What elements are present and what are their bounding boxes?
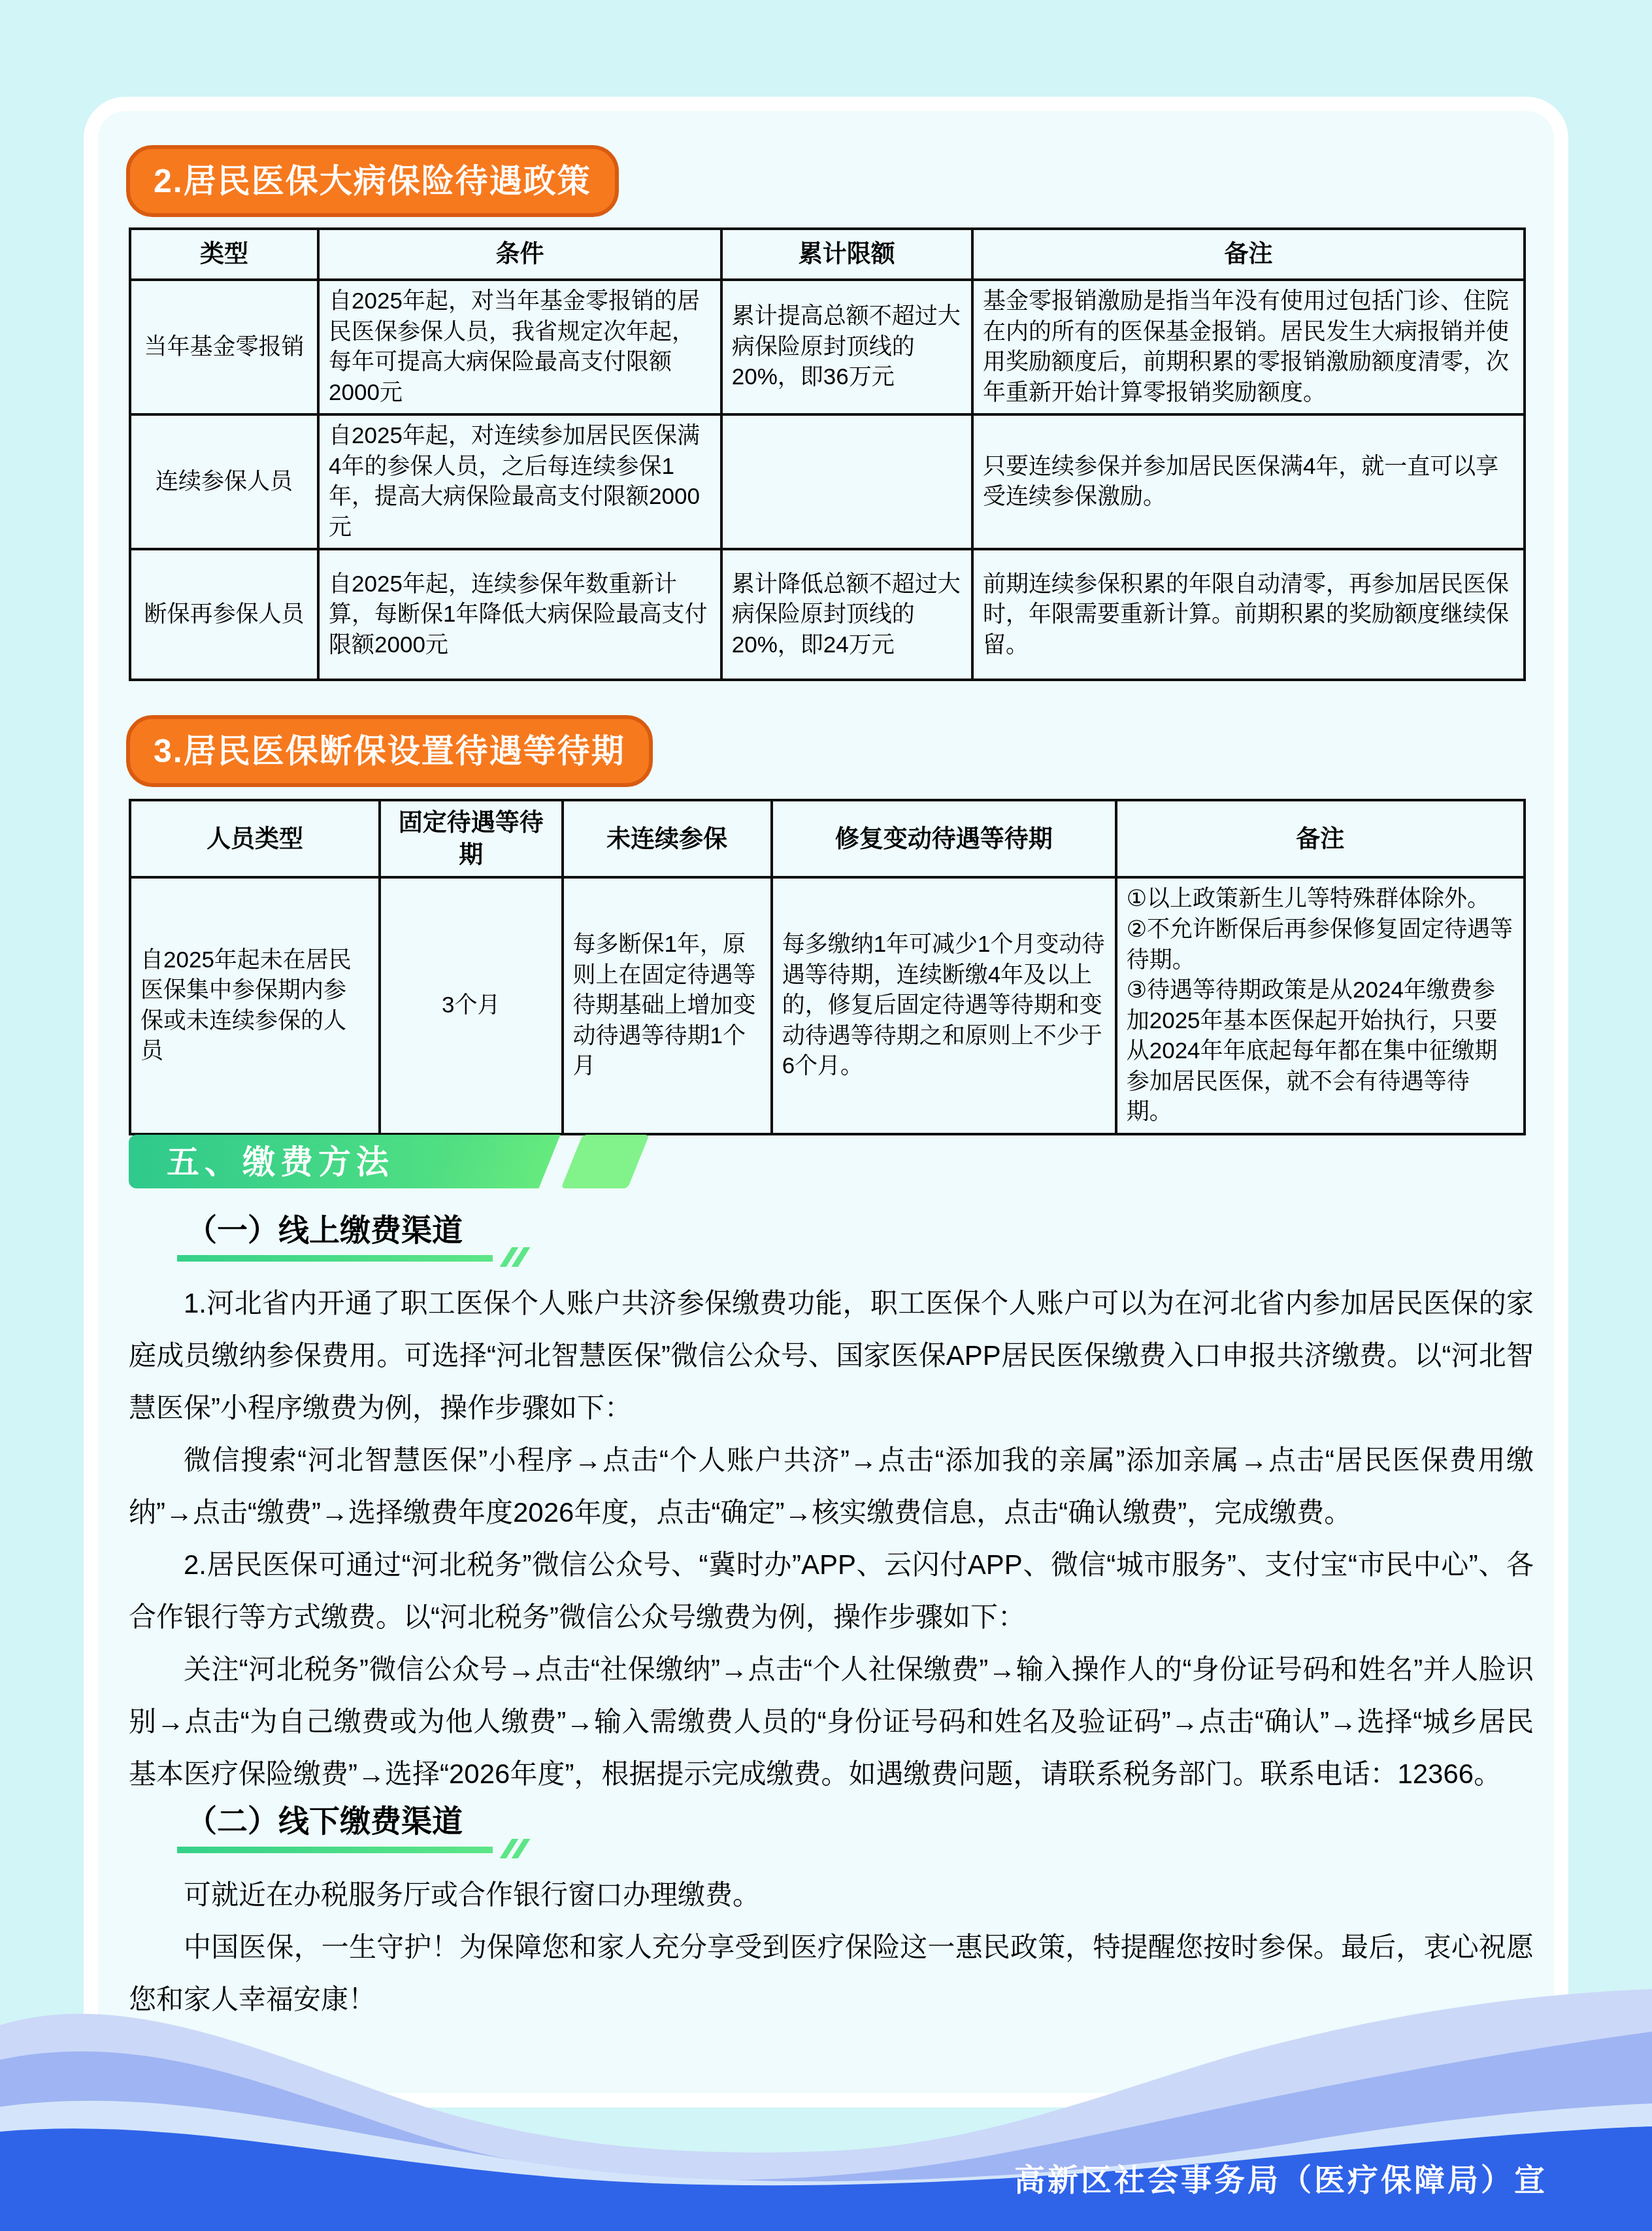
cell-person-type: 自2025年起未在居民医保集中参保期内参保或未连续参保的人员 <box>130 877 380 1133</box>
col-header-remark: 备注 <box>1116 800 1525 877</box>
col-header-not-continuous: 未连续参保 <box>563 800 772 877</box>
paragraph-offline: 可就近在办税服务厅或合作银行窗口办理缴费。 <box>129 1869 1534 1921</box>
subsection-1-online-channels: （一）线上缴费渠道 <box>186 1212 463 1262</box>
paragraph-tax-channels: 2.居民医保可通过“河北税务”微信公众号、“冀时办”APP、云闪付APP、微信“… <box>129 1539 1534 1643</box>
cell-condition: 自2025年起，对当年基金零报销的居民医保参保人员，我省规定次年起，每年可提高大… <box>318 280 721 414</box>
section-2-badge: 2.居民医保大病保险待遇政策 <box>126 145 619 217</box>
col-header-limit: 累计限额 <box>721 229 972 280</box>
col-header-condition: 条件 <box>318 229 721 280</box>
section-2-table: 类型 条件 累计限额 备注 当年基金零报销 自2025年起，对当年基金零报销的居… <box>129 227 1526 681</box>
table-row: 当年基金零报销 自2025年起，对当年基金零报销的居民医保参保人员，我省规定次年… <box>130 280 1525 414</box>
cell-limit: 累计提高总额不超过大病保险原封顶线的20%，即36万元 <box>721 280 972 414</box>
cell-fixed-wait: 3个月 <box>380 877 563 1133</box>
green-underline <box>177 1255 493 1262</box>
table-row: 连续参保人员 自2025年起，对连续参加居民医保满4年的参保人员，之后每连续参保… <box>130 414 1525 549</box>
col-header-repair-wait: 修复变动待遇等待期 <box>772 800 1116 877</box>
cell-type: 断保再参保人员 <box>130 549 318 680</box>
section-3-table: 人员类型 固定待遇等待期 未连续参保 修复变动待遇等待期 备注 自2025年起未… <box>129 799 1526 1135</box>
cell-remark: ①以上政策新生儿等特殊群体除外。 ②不允许断保后再参保修复固定待遇等待期。 ③待… <box>1116 877 1525 1133</box>
subsection-1-title: （一）线上缴费渠道 <box>186 1212 463 1249</box>
col-header-fixed-wait: 固定待遇等待期 <box>380 800 563 877</box>
table-row: 断保再参保人员 自2025年起，连续参保年数重新计算，每断保1年降低大病保险最高… <box>130 549 1525 680</box>
cell-remark: 只要连续参保并参加居民医保满4年，就一直可以享受连续参保激励。 <box>972 414 1525 549</box>
cell-remark: 前期连续参保积累的年限自动清零，再参加居民医保时，年限需要重新计算。前期积累的奖… <box>972 549 1525 680</box>
col-header-person-type: 人员类型 <box>130 800 380 877</box>
remark-line-3: ③待遇等待期政策是从2024年缴费参加2025年基本医保起开始执行，只要从202… <box>1127 975 1514 1128</box>
footer-credit: 高新区社会事务局（医疗保障局）宣 <box>0 2156 1652 2200</box>
remark-line-1: ①以上政策新生儿等特殊群体除外。 <box>1127 884 1514 914</box>
cell-remark: 基金零报销激励是指当年没有使用过包括门诊、住院在内的所有的医保基金报销。居民发生… <box>972 280 1525 414</box>
section-5-badge-label: 五、缴费方法 <box>167 1135 394 1190</box>
green-badge-skew-shape <box>423 1135 560 1188</box>
green-underline <box>177 1847 493 1853</box>
table-row: 自2025年起未在居民医保集中参保期内参保或未连续参保的人员 3个月 每多断保1… <box>130 877 1525 1133</box>
cell-not-continuous: 每多断保1年，原则上在固定待遇等待期基础上增加变动待遇等待期1个月 <box>563 877 772 1133</box>
cell-condition: 自2025年起，连续参保年数重新计算，每断保1年降低大病保险最高支付限额2000… <box>318 549 721 680</box>
cell-limit: 累计降低总额不超过大病保险原封顶线的20%，即24万元 <box>721 549 972 680</box>
section-3-badge: 3.居民医保断保设置待遇等待期 <box>126 715 653 787</box>
green-badge-tail-shape <box>561 1135 649 1188</box>
paragraph-wechat-steps: 微信搜索“河北智慧医保”小程序→点击“个人账户共济”→点击“添加我的亲属”添加亲… <box>129 1434 1534 1539</box>
col-header-remark: 备注 <box>972 229 1525 280</box>
paragraph-tax-steps: 关注“河北税务”微信公众号→点击“社保缴纳”→点击“个人社保缴费”→输入操作人的… <box>129 1643 1534 1800</box>
table-header-row: 人员类型 固定待遇等待期 未连续参保 修复变动待遇等待期 备注 <box>130 800 1525 877</box>
section-5-payment-methods: 五、缴费方法 （一）线上缴费渠道 1.河北省内开通了职工医保个人账户共济参保缴费… <box>129 1135 1534 2026</box>
subsection-2-title: （二）线下缴费渠道 <box>186 1803 463 1839</box>
cell-repair-wait: 每多缴纳1年可减少1个月变动待遇等待期，连续断缴4年及以上的，修复后固定待遇等待… <box>772 877 1116 1133</box>
cell-limit <box>721 414 972 549</box>
cell-type: 当年基金零报销 <box>130 280 318 414</box>
remark-line-2: ②不允许断保后再参保修复固定待遇等待期。 <box>1127 914 1514 975</box>
section-5-badge: 五、缴费方法 <box>129 1135 652 1188</box>
subsection-2-offline-channels: （二）线下缴费渠道 <box>186 1803 463 1853</box>
col-header-type: 类型 <box>130 229 318 280</box>
table-header-row: 类型 条件 累计限额 备注 <box>130 229 1525 280</box>
poster-page: 2.居民医保大病保险待遇政策 类型 条件 累计限额 备注 当年基金零报销 自20… <box>0 0 1652 2231</box>
cell-type: 连续参保人员 <box>130 414 318 549</box>
cell-condition: 自2025年起，对连续参加居民医保满4年的参保人员，之后每连续参保1年，提高大病… <box>318 414 721 549</box>
paragraph-online-intro: 1.河北省内开通了职工医保个人账户共济参保缴费功能，职工医保个人账户可以为在河北… <box>129 1277 1534 1434</box>
paragraph-closing: 中国医保，一生守护！为保障您和家人充分享受到医疗保险这一惠民政策，特提醒您按时参… <box>129 1921 1534 2026</box>
